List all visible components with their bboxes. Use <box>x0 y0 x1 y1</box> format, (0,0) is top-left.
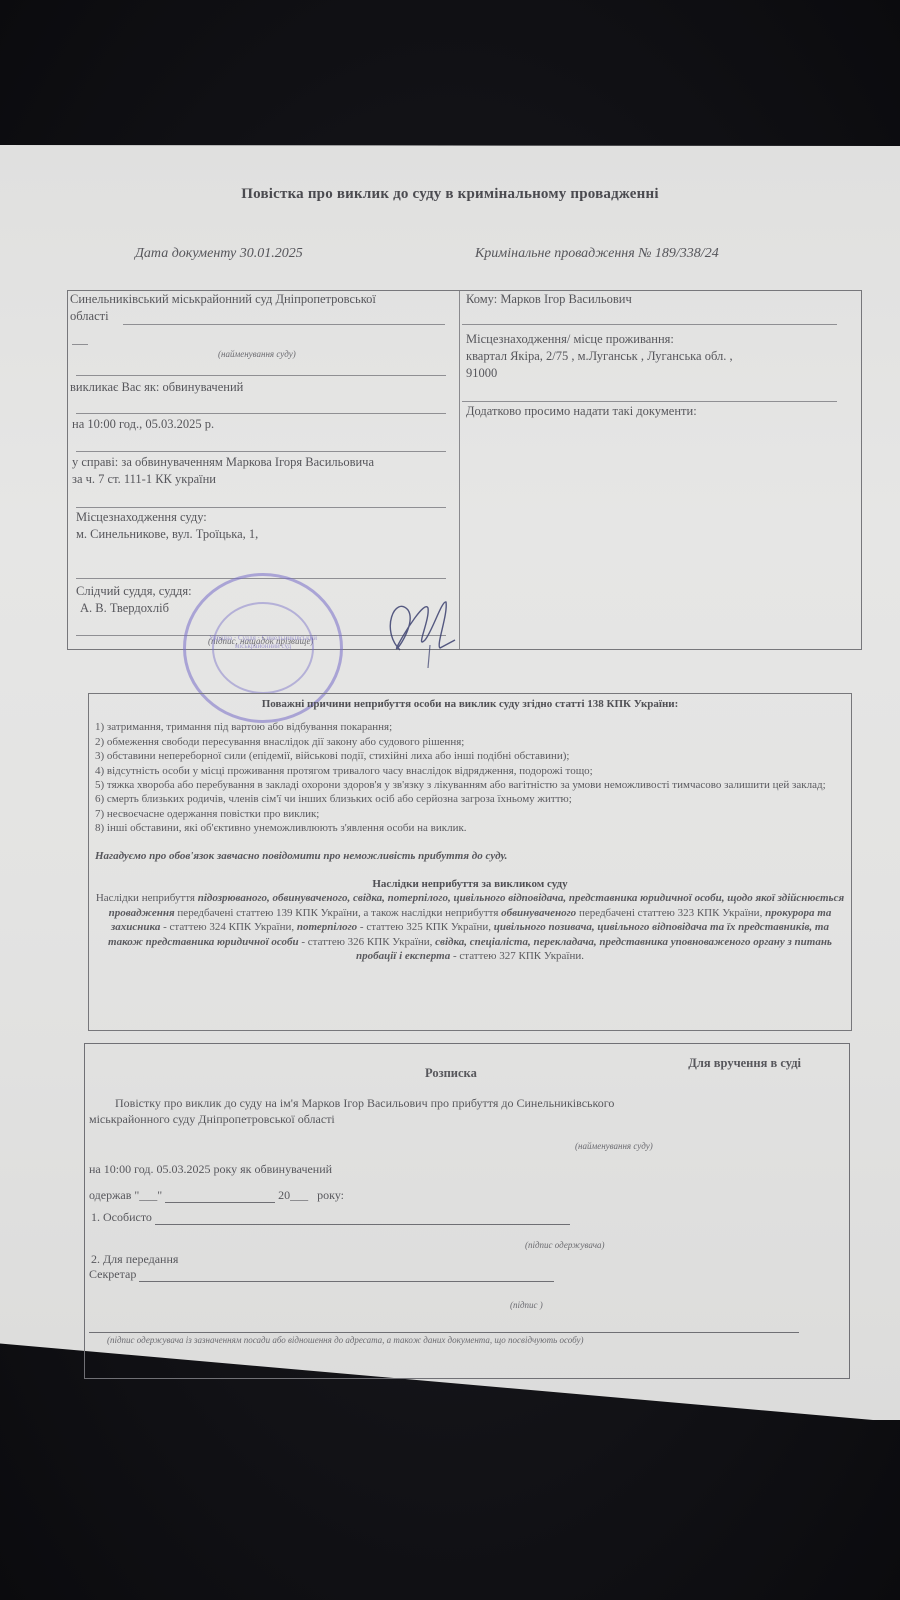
receipt-time-line: на 10:00 год. 05.03.2025 року як обвинув… <box>89 1162 332 1177</box>
case-number: Кримінальне провадження № 189/338/24 <box>475 246 719 262</box>
for-transfer-label: 2. Для передання <box>91 1252 178 1267</box>
court-name-line2: області <box>70 308 109 325</box>
personally-signature-blank <box>155 1224 570 1225</box>
consequences-fragment: Наслідки неприбуття <box>96 892 198 904</box>
residence-line1: квартал Якіра, 2/75 , м.Луганськ , Луган… <box>466 348 733 365</box>
separator <box>462 324 837 325</box>
reasons-list: 1) затримання, тримання під вартою або в… <box>89 720 851 835</box>
secretary-line: Секретар <box>89 1267 554 1282</box>
receipt-court-hint: (найменування суду) <box>575 1141 653 1151</box>
received-year: 20___ <box>278 1188 308 1202</box>
receipt-body-line1: Повістку про виклик до суду на ім'я Марк… <box>115 1096 614 1111</box>
additional-documents-label: Додатково просимо надати такі документи: <box>466 403 697 420</box>
court-name-underline-short <box>72 344 88 345</box>
absence-reasons-box: Поважні причини неприбуття особи на викл… <box>88 693 852 1031</box>
reason-item: 7) несвоєчасне одержання повістки про ви… <box>95 807 845 821</box>
stamp-text: Україна · Суддя · Синельниківський міськ… <box>186 634 340 650</box>
recipient-name: Кому: Марков Ігор Васильович <box>466 291 632 308</box>
received-date-line: одержав "___" 20___ року: <box>89 1188 344 1203</box>
consequences-fragment: передбачені статтею 139 КПК України, а т… <box>175 907 501 919</box>
consequences-emphasis: потерпілого <box>297 921 357 933</box>
reason-item: 6) смерть близьких родичів, членів сім'ї… <box>95 792 845 806</box>
court-name-line1: Синельниківський міськрайонний суд Дніпр… <box>70 291 376 308</box>
judge-label: Слідчий суддя, суддя: <box>76 583 192 600</box>
recipient-signature-hint: (підпис одержувача) <box>525 1240 605 1250</box>
consequences-emphasis: обвинуваченого <box>501 907 576 919</box>
court-name-underline <box>123 324 445 325</box>
consequences-fragment: - статтею 325 КПК України, <box>357 921 494 933</box>
judge-name: А. В. Твердохліб <box>80 600 169 617</box>
consequences-fragment: передбачені статтею 323 КПК України, <box>576 907 765 919</box>
reason-item: 8) інші обставини, які об'єктивно унемож… <box>95 821 845 835</box>
summons-time: на 10:00 год., 05.03.2025 р. <box>72 416 214 433</box>
secretary-signature-blank <box>139 1281 554 1282</box>
separator <box>76 451 446 452</box>
secretary-label: Секретар <box>89 1267 136 1281</box>
residence-label: Місцезнаходження/ місце проживання: <box>466 331 674 348</box>
receipt-body-line2: міськрайонного суду Дніпропетровської об… <box>89 1112 335 1127</box>
summons-as: викликає Вас як: обвинувачений <box>70 379 243 396</box>
judge-signature <box>370 590 460 670</box>
consequences-fragment: - статтею 324 КПК України, <box>160 921 297 933</box>
reason-item: 4) відсутність особи у місці проживання … <box>95 764 845 778</box>
secretary-sign-hint: (підпис ) <box>510 1300 543 1310</box>
receipt-title: Розписка <box>425 1066 477 1081</box>
consequences-fragment: - статтею 327 КПК України. <box>450 950 584 962</box>
reason-item: 1) затримання, тримання під вартою або в… <box>95 720 845 734</box>
personally-line: 1. Особисто <box>91 1210 570 1225</box>
receipt-form: Для вручення в суді Розписка Повістку пр… <box>84 1043 850 1379</box>
received-month-blank <box>165 1202 275 1203</box>
document-date: Дата документу 30.01.2025 <box>135 246 303 262</box>
reason-item: 2) обмеження свободи пересування внаслід… <box>95 735 845 749</box>
court-location-label: Місцезнаходження суду: <box>76 509 207 526</box>
separator <box>462 401 837 402</box>
personally-label: 1. Особисто <box>91 1210 152 1224</box>
consequences-text: Наслідки неприбуття підозрюваного, обвин… <box>89 891 851 963</box>
reason-item: 5) тяжка хвороба або перебування в закла… <box>95 778 845 792</box>
case-description-line2: за ч. 7 ст. 111-1 КК україни <box>72 471 216 488</box>
reasons-title: Поважні причини неприбуття особи на викл… <box>89 697 851 711</box>
separator <box>76 375 446 376</box>
for-court-delivery: Для вручення в суді <box>688 1056 801 1071</box>
consequences-title: Наслідки неприбуття за викликом суду <box>89 877 851 891</box>
notification-warning: Нагадуємо про обов'язок завчасно повідом… <box>95 849 845 863</box>
footer-signature-line <box>89 1332 799 1333</box>
separator <box>76 413 446 414</box>
consequences-fragment: - статтею 326 КПК України, <box>299 936 436 948</box>
court-name-hint: (найменування суду) <box>218 349 296 359</box>
document-title: Повістка про виклик до суду в кримінальн… <box>0 186 900 203</box>
received-prefix: одержав "___" <box>89 1188 162 1202</box>
received-suffix: року: <box>317 1188 344 1202</box>
court-location: м. Синельникове, вул. Троїцька, 1, <box>76 526 258 543</box>
case-description-line1: у справі: за обвинуваченням Маркова Ігор… <box>72 454 374 471</box>
residence-line2: 91000 <box>466 365 497 382</box>
reason-item: 3) обставини непереборної сили (епідемії… <box>95 749 845 763</box>
separator <box>76 507 446 508</box>
footer-hint: (підпис одержувача із зазначенням посади… <box>107 1335 584 1345</box>
summons-table: Синельниківський міськрайонний суд Дніпр… <box>67 290 862 650</box>
